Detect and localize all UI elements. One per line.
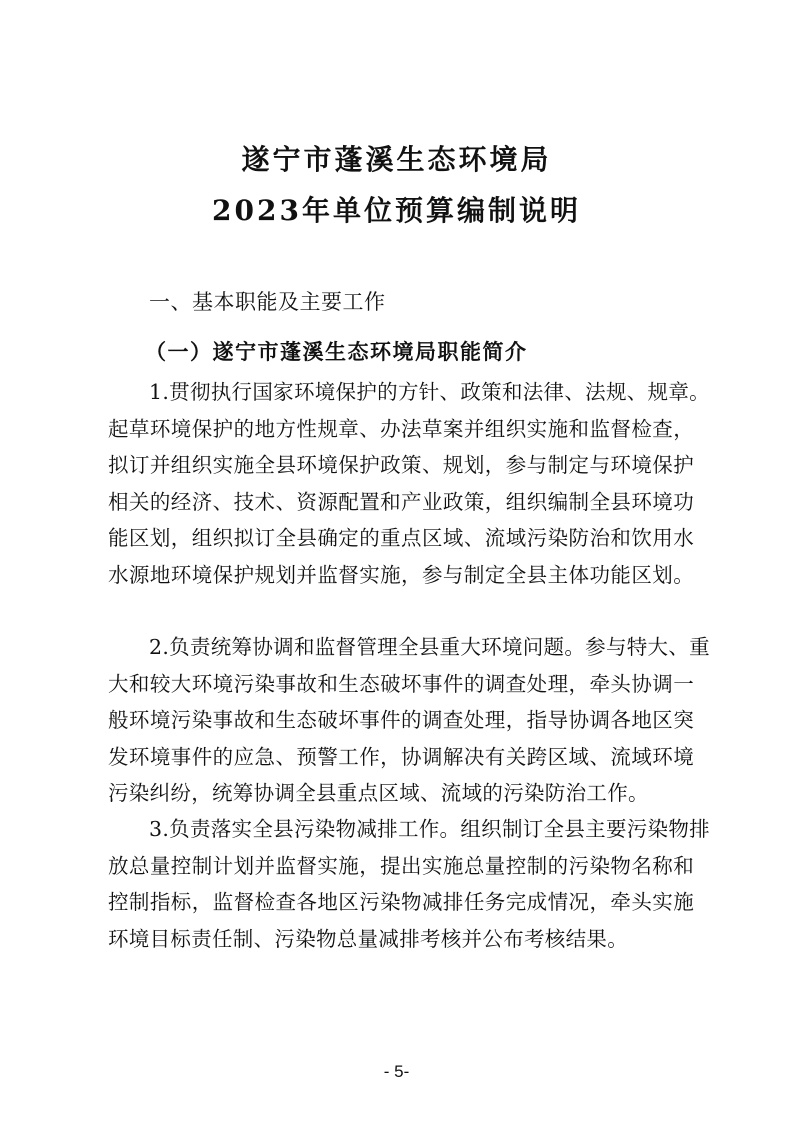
- document-title-line2: 2023年单位预算编制说明: [0, 193, 793, 229]
- paragraph-line: 起草环境保护的地方性规章、办法草案并组织实施和监督检查，: [108, 411, 694, 448]
- paragraph-1: 1.贯彻执行国家环境保护的方针、政策和法律、法规、规章。 起草环境保护的地方性规…: [108, 374, 694, 593]
- page-number: - 5-: [0, 1062, 793, 1082]
- paragraph-line: 放总量控制计划并监督实施，提出实施总量控制的污染物名称和: [108, 848, 694, 885]
- paragraph-line: 污染纠纷，统筹协调全县重点区域、流域的污染防治工作。: [108, 775, 694, 812]
- paragraph-line: 控制指标，监督检查各地区污染物减排任务完成情况，牵头实施: [108, 884, 694, 921]
- paragraph-line: 相关的经济、技术、资源配置和产业政策，组织编制全县环境功: [108, 484, 694, 521]
- paragraph-line: 般环境污染事故和生态破坏事件的调查处理，指导协调各地区突: [108, 702, 694, 739]
- paragraph-line: 水源地环境保护规划并监督实施，参与制定全县主体功能区划。: [108, 557, 694, 594]
- paragraph-line: 环境目标责任制、污染物总量减排考核并公布考核结果。: [108, 921, 694, 958]
- section-heading: 一、基本职能及主要工作: [149, 287, 386, 317]
- paragraph-line: 大和较大环境污染事故和生态破坏事件的调查处理，牵头协调一: [108, 666, 694, 703]
- paragraph-line: 2.负责统筹协调和监督管理全县重大环境问题。参与特大、重: [108, 629, 694, 666]
- subsection-heading: （一）遂宁市蓬溪生态环境局职能简介: [145, 337, 528, 367]
- paragraph-line: 拟订并组织实施全县环境保护政策、规划，参与制定与环境保护: [108, 447, 694, 484]
- paragraph-line: 发环境事件的应急、预警工作，协调解决有关跨区域、流域环境: [108, 739, 694, 776]
- paragraph-line: 1.贯彻执行国家环境保护的方针、政策和法律、法规、规章。: [108, 374, 694, 411]
- paragraph-3: 3.负责落实全县污染物减排工作。组织制订全县主要污染物排 放总量控制计划并监督实…: [108, 811, 694, 957]
- paragraph-line: 能区划，组织拟订全县确定的重点区域、流域污染防治和饮用水: [108, 520, 694, 557]
- document-title-line1: 遂宁市蓬溪生态环境局: [0, 142, 793, 178]
- paragraph-2: 2.负责统筹协调和监督管理全县重大环境问题。参与特大、重 大和较大环境污染事故和…: [108, 629, 694, 812]
- paragraph-line: 3.负责落实全县污染物减排工作。组织制订全县主要污染物排: [108, 811, 694, 848]
- document-page: 遂宁市蓬溪生态环境局 2023年单位预算编制说明 一、基本职能及主要工作 （一）…: [0, 0, 793, 1122]
